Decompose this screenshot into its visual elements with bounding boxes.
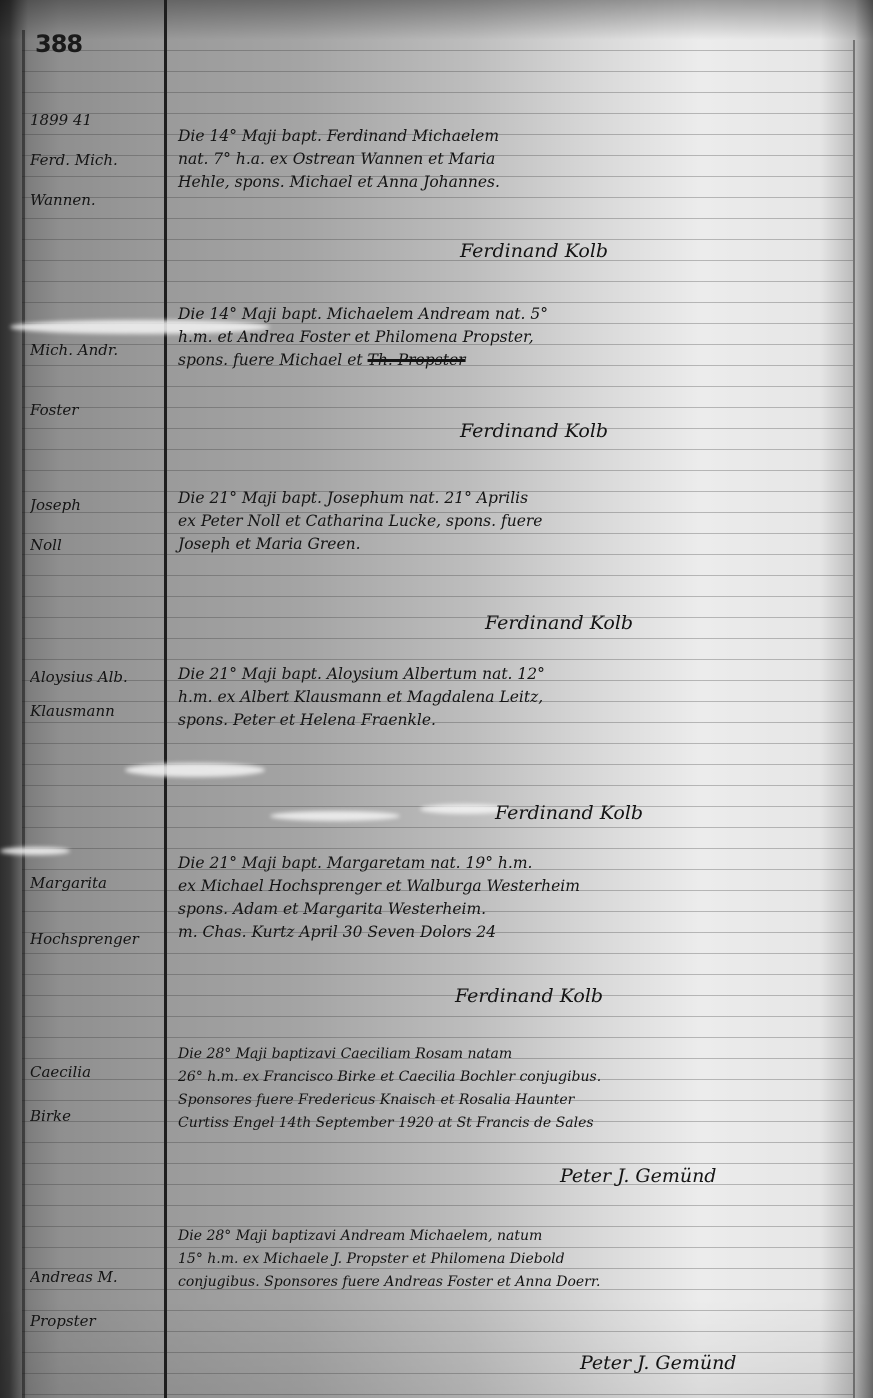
priest-signature: Ferdinand Kolb xyxy=(460,420,608,442)
entry-line: 26° h.m. ex Francisco Birke et Caecilia … xyxy=(178,1066,828,1089)
margin-line: Klausmann xyxy=(30,694,160,728)
entry-line: Die 21° Maji bapt. Josephum nat. 21° Apr… xyxy=(178,487,828,510)
margin-line: Caecilia xyxy=(30,1050,160,1094)
margin-line: Aloysius Alb. xyxy=(30,660,160,694)
margin-line: Wannen. xyxy=(30,180,160,220)
margin-note-entry-4: Aloysius Alb. Klausmann xyxy=(30,660,160,728)
struck-text: Th. Propster xyxy=(368,351,466,369)
right-page-border xyxy=(853,40,855,1398)
entry-line: Die 28° Maji baptizavi Andream Michaelem… xyxy=(178,1225,828,1248)
margin-note-entry-5: Margarita Hochsprenger xyxy=(30,855,160,967)
priest-signature: Ferdinand Kolb xyxy=(460,240,608,262)
margin-line: Hochsprenger xyxy=(30,911,160,967)
margin-line: Joseph xyxy=(30,485,160,525)
margin-note-entry-2: Mich. Andr. Foster xyxy=(30,320,160,440)
annotation-line: Curtiss Engel 14th September 1920 at St … xyxy=(178,1112,828,1135)
priest-signature: Ferdinand Kolb xyxy=(495,802,643,824)
margin-line: Margarita xyxy=(30,855,160,911)
priest-signature: Peter J. Gemünd xyxy=(580,1352,736,1374)
entry-line: spons. fuere Michael et Th. Propster xyxy=(178,349,828,372)
margin-line: Noll xyxy=(30,525,160,565)
margin-column-divider xyxy=(164,0,167,1398)
priest-signature: Ferdinand Kolb xyxy=(485,612,633,634)
entry-line: spons. Adam et Margarita Westerheim. xyxy=(178,898,828,921)
entry-line: 15° h.m. ex Michaele J. Propster et Phil… xyxy=(178,1248,828,1271)
baptism-entry-3: Die 21° Maji bapt. Josephum nat. 21° Apr… xyxy=(178,487,828,556)
entry-line: Die 21° Maji bapt. Margaretam nat. 19° h… xyxy=(178,852,828,875)
margin-line: Foster xyxy=(30,380,160,440)
baptism-entry-2: Die 14° Maji bapt. Michaelem Andream nat… xyxy=(178,303,828,372)
margin-line: Andreas M. xyxy=(30,1255,160,1299)
baptism-entry-5: Die 21° Maji bapt. Margaretam nat. 19° h… xyxy=(178,852,828,944)
margin-note-entry-1: 1899 41 Ferd. Mich. Wannen. xyxy=(30,100,160,220)
register-page: 388 1899 41 Ferd. Mich. Wannen. Die 14° … xyxy=(0,0,873,1398)
entry-line: Joseph et Maria Green. xyxy=(178,533,828,556)
margin-line: Ferd. Mich. xyxy=(30,140,160,180)
margin-note-entry-7: Andreas M. Propster xyxy=(30,1255,160,1343)
entry-line: Die 14° Maji bapt. Michaelem Andream nat… xyxy=(178,303,828,326)
entry-line: ex Peter Noll et Catharina Lucke, spons.… xyxy=(178,510,828,533)
entry-line: Die 28° Maji baptizavi Caeciliam Rosam n… xyxy=(178,1043,828,1066)
margin-line: Propster xyxy=(30,1299,160,1343)
left-page-border xyxy=(22,30,25,1398)
priest-signature: Peter J. Gemünd xyxy=(560,1165,716,1187)
margin-note-entry-3: Joseph Noll xyxy=(30,485,160,565)
entry-line: ex Michael Hochsprenger et Walburga West… xyxy=(178,875,828,898)
entry-line: Sponsores fuere Fredericus Knaisch et Ro… xyxy=(178,1089,828,1112)
entry-text: spons. fuere Michael et xyxy=(178,351,363,369)
baptism-entry-4: Die 21° Maji bapt. Aloysium Albertum nat… xyxy=(178,663,828,732)
entry-line: Hehle, spons. Michael et Anna Johannes. xyxy=(178,171,828,194)
entry-line: nat. 7° h.a. ex Ostrean Wannen et Maria xyxy=(178,148,828,171)
page-number: 388 xyxy=(35,30,82,58)
entry-line: h.m. et Andrea Foster et Philomena Props… xyxy=(178,326,828,349)
entry-line: conjugibus. Sponsores fuere Andreas Fost… xyxy=(178,1271,828,1294)
margin-line: 1899 41 xyxy=(30,100,160,140)
copy-smudge xyxy=(0,847,70,855)
margin-line: Mich. Andr. xyxy=(30,320,160,380)
margin-line: Birke xyxy=(30,1094,160,1138)
margin-note-entry-6: Caecilia Birke xyxy=(30,1050,160,1138)
entry-line: h.m. ex Albert Klausmann et Magdalena Le… xyxy=(178,686,828,709)
copy-smudge xyxy=(125,763,265,777)
entry-line: Die 14° Maji bapt. Ferdinand Michaelem xyxy=(178,125,828,148)
baptism-entry-6: Die 28° Maji baptizavi Caeciliam Rosam n… xyxy=(178,1043,828,1135)
priest-signature: Ferdinand Kolb xyxy=(455,985,603,1007)
baptism-entry-1: Die 14° Maji bapt. Ferdinand Michaelem n… xyxy=(178,125,828,194)
copy-smudge xyxy=(270,811,400,821)
annotation-line: m. Chas. Kurtz April 30 Seven Dolors 24 xyxy=(178,921,828,944)
entry-line: spons. Peter et Helena Fraenkle. xyxy=(178,709,828,732)
entry-line: Die 21° Maji bapt. Aloysium Albertum nat… xyxy=(178,663,828,686)
baptism-entry-7: Die 28° Maji baptizavi Andream Michaelem… xyxy=(178,1225,828,1294)
